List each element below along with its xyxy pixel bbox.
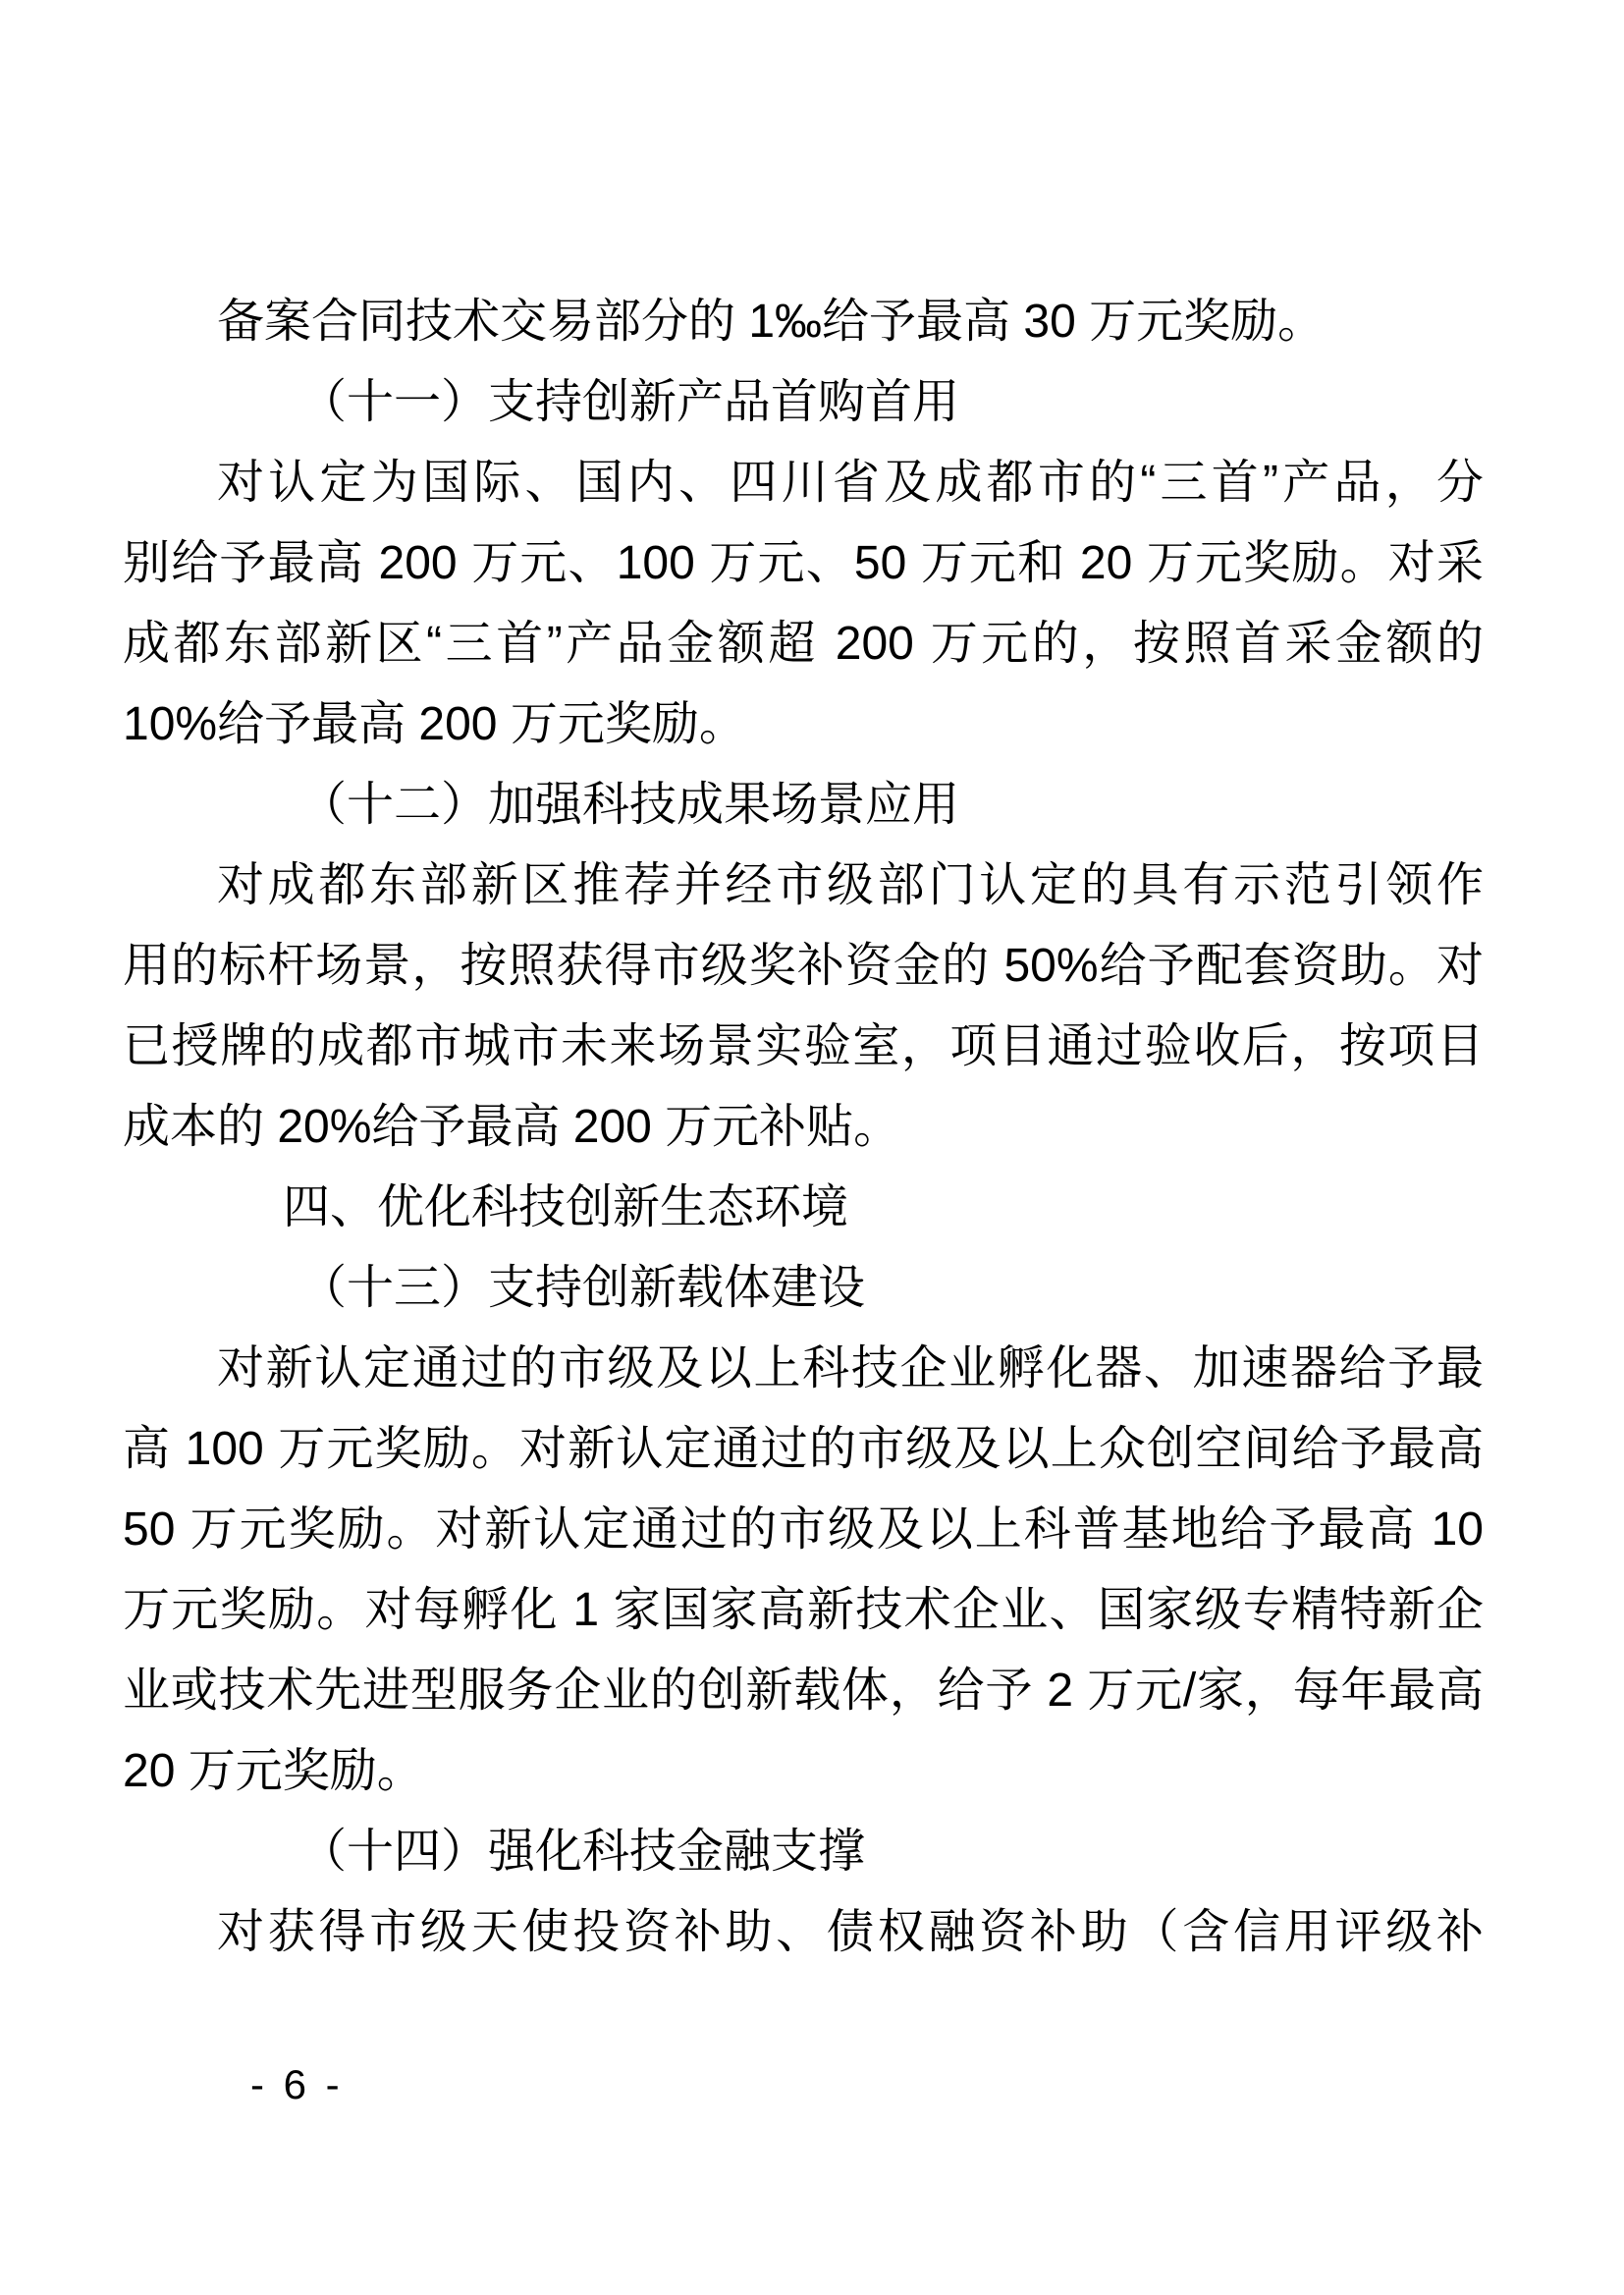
page-number: - 6 -: [250, 2060, 344, 2109]
paragraph-line: 业或技术先进型服务企业的创新载体，给予 2 万元/家，每年最高: [123, 1651, 1484, 1731]
paragraph-line: 对新认定通过的市级及以上科技企业孵化器、加速器给予最: [123, 1329, 1484, 1409]
section-heading: （十四）强化科技金融支撑: [123, 1812, 1484, 1892]
paragraph-line: 用的标杆场景，按照获得市级奖补资金的 50%给予配套资助。对: [123, 926, 1484, 1007]
paragraph-line: 对获得市级天使投资补助、债权融资补助（含信用评级补助、: [123, 1892, 1484, 1973]
document-page: 备案合同技术交易部分的 1‰给予最高 30 万元奖励。 （十一）支持创新产品首购…: [0, 0, 1624, 2295]
paragraph-line: 10%给予最高 200 万元奖励。: [123, 684, 1484, 765]
document-body: 备案合同技术交易部分的 1‰给予最高 30 万元奖励。 （十一）支持创新产品首购…: [123, 282, 1484, 1973]
paragraph-line: 20 万元奖励。: [123, 1731, 1484, 1812]
paragraph-line: 50 万元奖励。对新认定通过的市级及以上科普基地给予最高 10: [123, 1490, 1484, 1570]
paragraph-line: 万元奖励。对每孵化 1 家国家高新技术企业、国家级专精特新企: [123, 1570, 1484, 1651]
section-heading: （十二）加强科技成果场景应用: [123, 765, 1484, 846]
paragraph-line: 成都东部新区“三首”产品金额超 200 万元的，按照首采金额的: [123, 604, 1484, 684]
paragraph-line: 已授牌的成都市城市未来场景实验室，项目通过验收后，按项目: [123, 1007, 1484, 1087]
section-heading: （十三）支持创新载体建设: [123, 1248, 1484, 1329]
section-heading: （十一）支持创新产品首购首用: [123, 362, 1484, 443]
paragraph-line: 高 100 万元奖励。对新认定通过的市级及以上众创空间给予最高: [123, 1409, 1484, 1490]
paragraph-line: 对认定为国际、国内、四川省及成都市的“三首”产品，分: [123, 443, 1484, 523]
chapter-heading: 四、优化科技创新生态环境: [123, 1168, 1484, 1248]
paragraph-line: 别给予最高 200 万元、100 万元、50 万元和 20 万元奖励。对采购: [123, 523, 1484, 604]
paragraph-line: 备案合同技术交易部分的 1‰给予最高 30 万元奖励。: [123, 282, 1484, 362]
paragraph-line: 成本的 20%给予最高 200 万元补贴。: [123, 1087, 1484, 1168]
paragraph-line: 对成都东部新区推荐并经市级部门认定的具有示范引领作: [123, 846, 1484, 926]
